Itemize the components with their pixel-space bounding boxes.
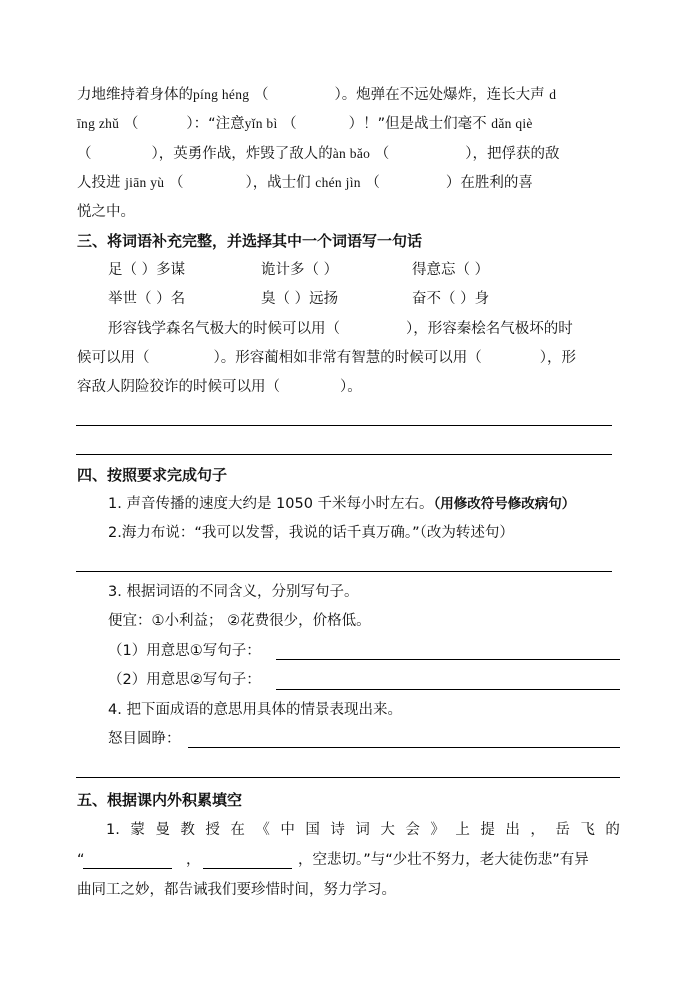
pinyin-fragment: d (549, 87, 556, 102)
answer-line-4-3-b[interactable] (276, 689, 620, 690)
answer-line-4-3-a[interactable] (276, 659, 620, 660)
paren-close: ） (152, 146, 159, 162)
question-4-3-definition: 便宜：①小利益； ②花费很少，价格低。 (108, 611, 371, 631)
passage-line-2: īng zhǔ （）：“注意yǐn bì （）！”但是战士们毫不 dǎn qiè (77, 114, 533, 134)
char: 授 (205, 820, 220, 840)
poem-blank-1[interactable] (83, 868, 172, 869)
section-3-title: 三、将词语补充完整，并选择其中一个词语写一句话 (77, 231, 422, 251)
char: 国 (305, 820, 320, 840)
question-4-4: 4. 把下面成语的意思用具体的情景表现出来。 (108, 700, 402, 720)
instruction-text: （用修改符号修改病句） (434, 496, 576, 512)
text: ）。 (340, 379, 362, 395)
char: 《 (255, 820, 270, 840)
paren-close: ） (186, 116, 193, 132)
idiom-6: 奋不（ ）身 (412, 289, 489, 309)
text: 容敌人阴险狡诈的时候可以用（ (77, 379, 280, 395)
char: ， (530, 820, 545, 840)
question-4-3: 3. 根据词语的不同含义，分别写句子。 (108, 582, 358, 602)
pinyin-yin-bi: yǐn bì (245, 116, 278, 131)
passage-line-1: 力地维持着身体的píng héng （）。炮弹在不远处爆炸，连长大声 d (77, 85, 556, 105)
pinyin-chen-jin: chén jìn (315, 175, 361, 190)
writing-line[interactable] (76, 454, 612, 455)
text: ），形 (540, 350, 576, 366)
paren-open: （ (169, 175, 184, 191)
writing-line[interactable] (76, 777, 620, 778)
paren-open: （ (77, 146, 92, 162)
question-5-1-line-3: 曲同工之妙，都告诫我们要珍惜时间，努力学习。 (77, 880, 396, 900)
char: 大 (380, 820, 395, 840)
writing-line[interactable] (76, 571, 612, 572)
idiom-5: 臭（ ）远扬 (261, 289, 338, 309)
char: 的 (605, 820, 620, 840)
paren-close: ） (245, 175, 252, 191)
char: 曼 (155, 820, 170, 840)
char: 》 (430, 820, 445, 840)
text: 在胜利的喜 (460, 175, 533, 191)
section-5-title: 五、根据课内外积累填空 (77, 790, 242, 810)
quote-open: “ (77, 852, 85, 868)
text: ，战士们 (253, 175, 311, 191)
idiom-3: 得意忘（ ） (412, 260, 489, 280)
text: 候可以用（ (77, 350, 150, 366)
text: ：“注意 (194, 116, 245, 132)
pinyin-an-bao: àn bǎo (333, 146, 370, 161)
text: ），形容秦桧名气极坏的时 (406, 321, 573, 337)
paren-close: ） (349, 116, 364, 132)
char: 提 (480, 820, 495, 840)
text: ，把俘获的敌 (473, 146, 560, 162)
text: 人投进 (77, 175, 121, 191)
text: 力地维持着身体的 (77, 87, 193, 103)
text: 。炮弹在不远处爆炸，连长大声 (342, 87, 545, 103)
paren-open: （ (375, 146, 390, 162)
char: 诗 (330, 820, 345, 840)
question-4-3-b-label: （2）用意思②写句子： (108, 670, 261, 690)
text: ）。形容蔺相如非常有智慧的时候可以用（ (214, 350, 482, 366)
question-5-1-line-2-rest: ，空悲切。”与“少壮不努力，老大徒伤悲”有异 (298, 850, 589, 870)
question-5-1-line-1: 1. 蒙 曼 教 授 在 《 中 国 诗 词 大 会 》 上 提 出 ， 岳 飞… (106, 820, 620, 840)
paren-open: （ (124, 116, 139, 132)
section-3-para-line-3: 容敌人阴险狡诈的时候可以用（）。 (77, 377, 362, 397)
poem-blank-2[interactable] (203, 868, 292, 869)
passage-line-3: （），英勇作战，炸毁了敌人的àn bǎo （），把俘获的敌 (77, 144, 560, 164)
idiom-1: 足（ ）多谋 (108, 260, 185, 280)
idiom-2: 诡计多（ ） (261, 260, 338, 280)
paren-open: （ (282, 116, 297, 132)
char: 会 (405, 820, 420, 840)
passage-line-5: 悦之中。 (77, 202, 135, 222)
char: 词 (355, 820, 370, 840)
idiom-4: 举世（ ）名 (108, 289, 185, 309)
char: 飞 (580, 820, 595, 840)
char: 在 (230, 820, 245, 840)
text: ，英勇作战，炸毁了敌人的 (159, 146, 333, 162)
paren-close: ） (465, 146, 472, 162)
char: 1. (106, 820, 120, 840)
pinyin-dan-qie: dǎn qiè (491, 116, 532, 131)
question-4-2: 2.海力布说：“我可以发誓，我说的话千真万确。”（改为转述句） (108, 523, 514, 543)
writing-line[interactable] (76, 425, 612, 426)
char: 上 (455, 820, 470, 840)
pinyin-jian-yu: jiān yù (125, 175, 164, 190)
pinyin-ding-zhu: īng zhǔ (77, 116, 119, 131)
comma: ， (186, 850, 201, 870)
text: ！”但是战士们毫不 (363, 116, 487, 132)
answer-line-4-4[interactable] (188, 747, 620, 748)
char: 蒙 (130, 820, 145, 840)
question-4-1: 1. 声音传播的速度大约是 1050 千米每小时左右。（用修改符号修改病句） (108, 494, 575, 514)
text: 形容钱学森名气极大的时候可以用（ (108, 321, 340, 337)
passage-line-4: 人投进 jiān yù （），战士们 chén jìn （）在胜利的喜 (77, 173, 533, 193)
char: 中 (280, 820, 295, 840)
char: 出 (505, 820, 520, 840)
paren-open: （ (254, 87, 269, 103)
section-4-title: 四、按照要求完成句子 (77, 465, 227, 485)
section-3-para-line-1: 形容钱学森名气极大的时候可以用（），形容秦桧名气极坏的时 (108, 319, 573, 339)
question-text: 1. 声音传播的速度大约是 1050 千米每小时左右。 (108, 496, 434, 512)
paren-close: ） (334, 87, 341, 103)
question-4-4-label: 怒目圆睁： (108, 729, 181, 749)
char: 教 (180, 820, 195, 840)
paren-open: （ (365, 175, 380, 191)
paren-close: ） (446, 175, 461, 191)
section-3-para-line-2: 候可以用（）。形容蔺相如非常有智慧的时候可以用（），形 (77, 348, 576, 368)
pinyin-ping-heng: píng héng (193, 87, 249, 102)
char: 岳 (555, 820, 570, 840)
question-4-3-a-label: （1）用意思①写句子： (108, 641, 261, 661)
question-5-1-line-2: “ (77, 850, 85, 870)
